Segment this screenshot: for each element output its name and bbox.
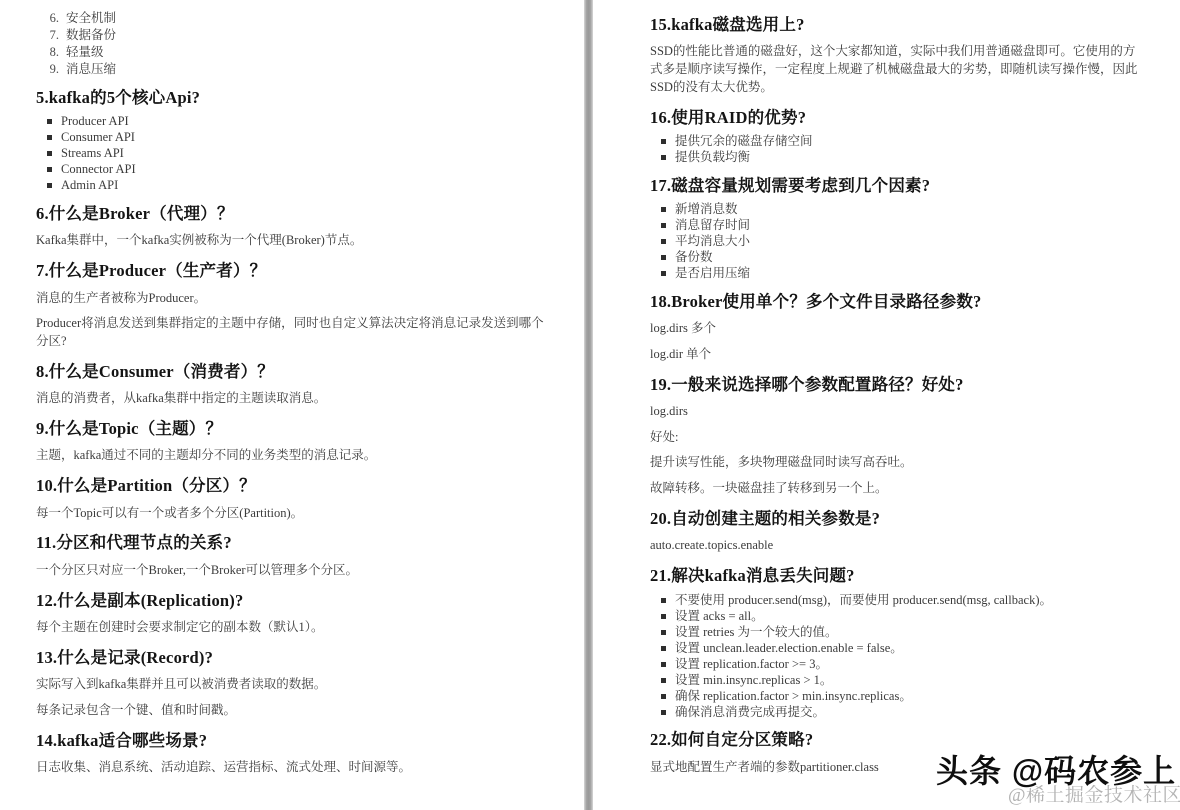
answer-bullet-list: 提供冗余的磁盘存储空间提供负载均衡	[650, 134, 1144, 165]
question-heading: 15.kafka磁盘选用上?	[650, 14, 1144, 35]
qa-section: 17.磁盘容量规划需要考虑到几个因素?新增消息数消息留存时间平均消息大小备份数是…	[650, 175, 1144, 281]
list-label: 安全机制	[66, 11, 116, 26]
answer-paragraph: 好处:	[650, 429, 1144, 447]
answer-paragraph: 每条记录包含一个键、值和时间戳。	[36, 702, 554, 720]
question-heading: 10.什么是Partition（分区）？	[36, 475, 554, 496]
answer-paragraph: 消息的消费者，从kafka集群中指定的主题读取消息。	[36, 390, 554, 408]
question-heading: 12.什么是副本(Replication)?	[36, 590, 554, 611]
qa-section: 14.kafka适合哪些场景?日志收集、消息系统、活动追踪、运营指标、流式处理、…	[36, 730, 554, 777]
page-gap-divider	[584, 0, 593, 810]
qa-section: 7.什么是Producer（生产者）？消息的生产者被称为Producer。Pro…	[36, 260, 554, 351]
qa-section: 20.自动创建主题的相关参数是?auto.create.topics.enabl…	[650, 508, 1144, 555]
bullet-item: 设置 min.insync.replicas > 1。	[660, 673, 1144, 688]
list-number: 6.	[42, 11, 59, 26]
answer-bullet-list: 不要使用 producer.send(msg)，而要使用 producer.se…	[650, 593, 1144, 720]
answer-paragraph: 每一个Topic可以有一个或者多个分区(Partition)。	[36, 505, 554, 523]
answer-paragraph: log.dirs 多个	[650, 320, 1144, 338]
numbered-list-item: 9.消息压缩	[42, 62, 554, 77]
list-number: 8.	[42, 45, 59, 60]
answer-paragraph: SSD的性能比普通的磁盘好，这个大家都知道，实际中我们用普通磁盘即可。它使用的方…	[650, 43, 1144, 96]
question-heading: 11.分区和代理节点的关系?	[36, 532, 554, 553]
question-heading: 6.什么是Broker（代理）？	[36, 203, 554, 224]
question-heading: 17.磁盘容量规划需要考虑到几个因素?	[650, 175, 1144, 196]
list-number: 9.	[42, 62, 59, 77]
left-page-sections: 5.kafka的5个核心Api?Producer APIConsumer API…	[36, 87, 554, 777]
bullet-item: 提供负载均衡	[660, 150, 1144, 165]
question-heading: 14.kafka适合哪些场景?	[36, 730, 554, 751]
bullet-item: 确保消息消费完成再提交。	[660, 705, 1144, 720]
qa-section: 21.解决kafka消息丢失问题?不要使用 producer.send(msg)…	[650, 565, 1144, 719]
qa-section: 9.什么是Topic（主题）？主题，kafka通过不同的主题却分不同的业务类型的…	[36, 418, 554, 465]
answer-paragraph: Kafka集群中，一个kafka实例被称为一个代理(Broker)节点。	[36, 232, 554, 250]
bullet-item: 设置 replication.factor >= 3。	[660, 657, 1144, 672]
answer-paragraph: auto.create.topics.enable	[650, 537, 1144, 555]
qa-section: 16.使用RAID的优势?提供冗余的磁盘存储空间提供负载均衡	[650, 107, 1144, 165]
bullet-item: Admin API	[46, 178, 554, 193]
bullet-item: 提供冗余的磁盘存储空间	[660, 134, 1144, 149]
numbered-list-item: 6.安全机制	[42, 11, 554, 26]
question-heading: 8.什么是Consumer（消费者）？	[36, 361, 554, 382]
question-heading: 18.Broker使用单个？多个文件目录路径参数?	[650, 291, 1144, 312]
bullet-item: 平均消息大小	[660, 234, 1144, 249]
qa-section: 5.kafka的5个核心Api?Producer APIConsumer API…	[36, 87, 554, 193]
question-heading: 13.什么是记录(Record)?	[36, 647, 554, 668]
list-label: 消息压缩	[66, 62, 116, 77]
bullet-item: 确保 replication.factor > min.insync.repli…	[660, 689, 1144, 704]
document-page-right: 15.kafka磁盘选用上?SSD的性能比普通的磁盘好，这个大家都知道，实际中我…	[593, 0, 1180, 810]
answer-paragraph: 故障转移。一块磁盘挂了转移到另一个上。	[650, 480, 1144, 498]
numbered-list-item: 7.数据备份	[42, 28, 554, 43]
qa-section: 8.什么是Consumer（消费者）？消息的消费者，从kafka集群中指定的主题…	[36, 361, 554, 408]
bullet-item: Connector API	[46, 162, 554, 177]
bullet-item: 不要使用 producer.send(msg)，而要使用 producer.se…	[660, 593, 1144, 608]
bullet-item: 是否启用压缩	[660, 266, 1144, 281]
list-label: 轻量级	[66, 45, 104, 60]
bullet-item: Streams API	[46, 146, 554, 161]
bullet-item: 设置 retries 为一个较大的值。	[660, 625, 1144, 640]
numbered-list-item: 8.轻量级	[42, 45, 554, 60]
continued-numbered-list: 6.安全机制7.数据备份8.轻量级9.消息压缩	[36, 11, 554, 78]
answer-paragraph: log.dirs	[650, 403, 1144, 421]
qa-section: 15.kafka磁盘选用上?SSD的性能比普通的磁盘好，这个大家都知道，实际中我…	[650, 14, 1144, 97]
question-heading: 20.自动创建主题的相关参数是?	[650, 508, 1144, 529]
question-heading: 5.kafka的5个核心Api?	[36, 87, 554, 108]
answer-bullet-list: Producer APIConsumer APIStreams APIConne…	[36, 114, 554, 193]
question-heading: 16.使用RAID的优势?	[650, 107, 1144, 128]
bullet-item: Consumer API	[46, 130, 554, 145]
bullet-item: Producer API	[46, 114, 554, 129]
answer-paragraph: 消息的生产者被称为Producer。	[36, 290, 554, 308]
qa-section: 13.什么是记录(Record)?实际写入到kafka集群并且可以被消费者读取的…	[36, 647, 554, 720]
qa-section: 19.一般来说选择哪个参数配置路径？好处?log.dirs好处:提升读写性能，多…	[650, 374, 1144, 498]
watermark-toutiao-handle: 头条 @码农参上	[936, 746, 1176, 792]
answer-paragraph: 每个主题在创建时会要求制定它的副本数（默认1）。	[36, 619, 554, 637]
answer-paragraph: log.dir 单个	[650, 346, 1144, 364]
list-number: 7.	[42, 28, 59, 43]
answer-paragraph: 一个分区只对应一个Broker,一个Broker可以管理多个分区。	[36, 562, 554, 580]
answer-paragraph: 提升读写性能，多块物理磁盘同时读写高吞吐。	[650, 454, 1144, 472]
bullet-item: 新增消息数	[660, 202, 1144, 217]
right-page-sections: 15.kafka磁盘选用上?SSD的性能比普通的磁盘好，这个大家都知道，实际中我…	[650, 14, 1144, 776]
answer-paragraph: 日志收集、消息系统、活动追踪、运营指标、流式处理、时间源等。	[36, 759, 554, 777]
document-page-left: 6.安全机制7.数据备份8.轻量级9.消息压缩 5.kafka的5个核心Api?…	[0, 0, 584, 810]
answer-bullet-list: 新增消息数消息留存时间平均消息大小备份数是否启用压缩	[650, 202, 1144, 281]
qa-section: 10.什么是Partition（分区）？每一个Topic可以有一个或者多个分区(…	[36, 475, 554, 522]
qa-section: 12.什么是副本(Replication)?每个主题在创建时会要求制定它的副本数…	[36, 590, 554, 637]
answer-paragraph: 主题，kafka通过不同的主题却分不同的业务类型的消息记录。	[36, 447, 554, 465]
bullet-item: 消息留存时间	[660, 218, 1144, 233]
bullet-item: 备份数	[660, 250, 1144, 265]
qa-section: 11.分区和代理节点的关系?一个分区只对应一个Broker,一个Broker可以…	[36, 532, 554, 579]
question-heading: 7.什么是Producer（生产者）？	[36, 260, 554, 281]
question-heading: 9.什么是Topic（主题）？	[36, 418, 554, 439]
answer-paragraph: 实际写入到kafka集群并且可以被消费者读取的数据。	[36, 676, 554, 694]
qa-section: 18.Broker使用单个？多个文件目录路径参数?log.dirs 多个log.…	[650, 291, 1144, 364]
bullet-item: 设置 acks = all。	[660, 609, 1144, 624]
question-heading: 19.一般来说选择哪个参数配置路径？好处?	[650, 374, 1144, 395]
answer-paragraph: Producer将消息发送到集群指定的主题中存储，同时也自定义算法决定将消息记录…	[36, 315, 554, 351]
question-heading: 21.解决kafka消息丢失问题?	[650, 565, 1144, 586]
qa-section: 6.什么是Broker（代理）？Kafka集群中，一个kafka实例被称为一个代…	[36, 203, 554, 250]
bullet-item: 设置 unclean.leader.election.enable = fals…	[660, 641, 1144, 656]
list-label: 数据备份	[66, 28, 116, 43]
